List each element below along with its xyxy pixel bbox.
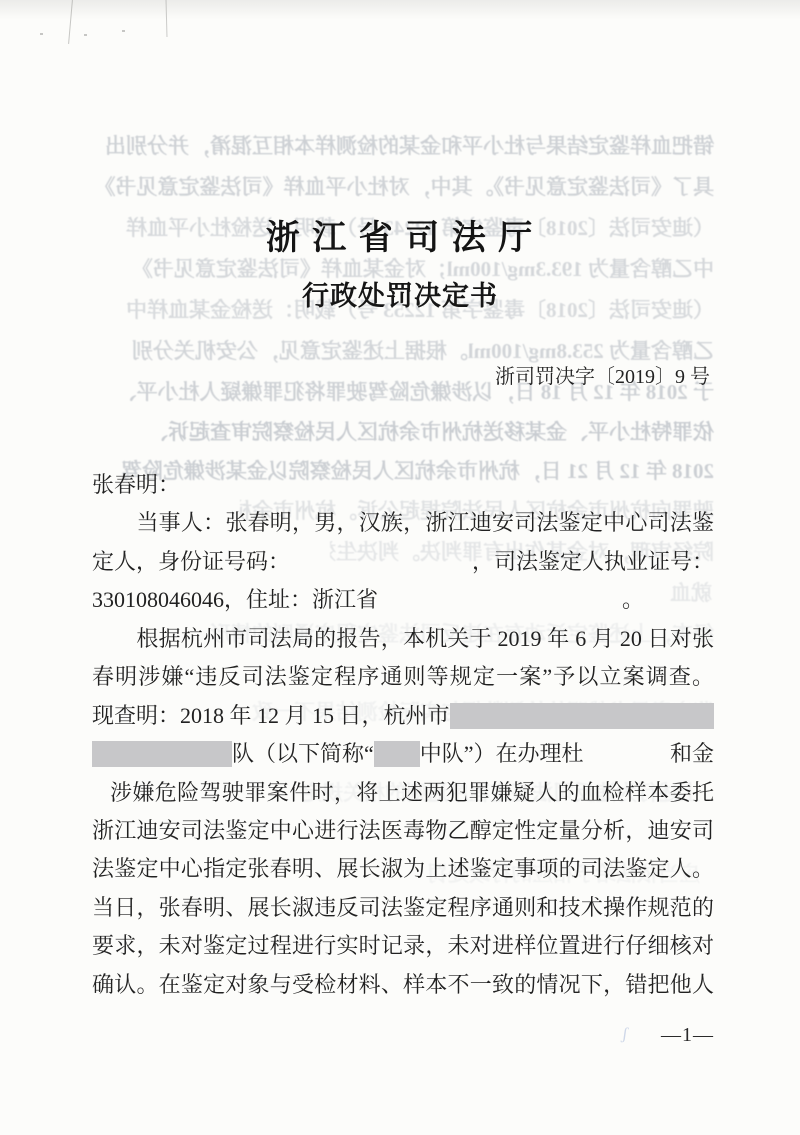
document-text-line: 当日，张春明、展长淑违反司法鉴定程序通则和技术操作规范的 xyxy=(92,889,714,927)
document-text-line: 当事人：张春明，男，汉族，浙江迪安司法鉴定中心司法鉴 xyxy=(92,504,714,542)
agency-title: 浙 江 省 司 法 厅 xyxy=(0,210,800,259)
text-segment: 。 xyxy=(622,581,644,619)
document-text-line: 根据杭州市司法局的报告，本机关于 2019 年 6 月 20 日对张 xyxy=(92,620,714,658)
document-body: 张春明： 当事人：张春明，男，汉族，浙江迪安司法鉴定中心司法鉴定人，身份证号码：… xyxy=(92,466,714,1004)
bleedthrough-text-line: 依罪特杜小平、金某移送杭州市余杭区人民检察院审查起诉、 xyxy=(92,420,714,445)
text-segment: ，司法鉴定人执业证号： xyxy=(472,543,714,581)
page-number: —1— xyxy=(661,1024,714,1047)
redaction-box xyxy=(92,741,232,767)
redaction-box xyxy=(450,703,714,729)
bleedthrough-text-line: 错把血样鉴定结果与杜小平和金某的检测样本相互混淆，并分别出 xyxy=(92,134,714,159)
document-type-title: 行政处罚决定书 xyxy=(0,274,800,313)
document-text-line: 法鉴定中心指定张春明、展长淑为上述鉴定事项的司法鉴定人。 xyxy=(92,850,714,888)
document-text-line: 队（以下简称“中队”）在办理杜和金 xyxy=(92,735,714,773)
text-segment: 现查明：2018 年 12 月 15 日，杭州市 xyxy=(92,697,450,735)
redaction-box xyxy=(374,741,420,767)
text-segment: 330108046046，住址：浙江省 xyxy=(92,581,378,619)
document-text-line: 涉嫌危险驾驶罪案件时，将上述两犯罪嫌疑人的血检样本委托 xyxy=(92,774,714,812)
text-segment: 和金 xyxy=(670,735,714,773)
document-text-line: 浙江迪安司法鉴定中心进行法医毒物乙醇定性定量分析，迪安司 xyxy=(92,812,714,850)
bleedthrough-text-line: 具了《司法鉴定意见书》。其中，对杜小平血样《司法鉴定意见书》 xyxy=(92,175,714,200)
text-segment: 定人，身份证号码： xyxy=(92,543,290,581)
text-segment: 队（以下简称“ xyxy=(232,735,374,773)
document-number: 浙司罚决字〔2019〕9 号 xyxy=(495,360,710,389)
text-segment: 中队”）在办理杜 xyxy=(420,735,584,773)
scanned-document-page: 错把血样鉴定结果与杜小平和金某的检测样本相互混淆，并分别出具了《司法鉴定意见书》… xyxy=(0,0,800,1135)
document-text-line: 要求，未对鉴定过程进行实时记录，未对进样位置进行仔细核对 xyxy=(92,927,714,965)
document-text-line: 定人，身份证号码：，司法鉴定人执业证号： xyxy=(92,543,714,581)
document-text-line: 张春明： xyxy=(92,466,714,504)
document-text-line: 春明涉嫌“违反司法鉴定程序通则等规定一案”予以立案调查。 xyxy=(92,658,714,696)
document-text-line: 现查明：2018 年 12 月 15 日，杭州市 xyxy=(92,697,714,735)
document-text-line: 330108046046，住址：浙江省。 xyxy=(92,581,714,619)
document-text-line: 确认。在鉴定对象与受检材料、样本不一致的情况下，错把他人 xyxy=(92,966,714,1004)
